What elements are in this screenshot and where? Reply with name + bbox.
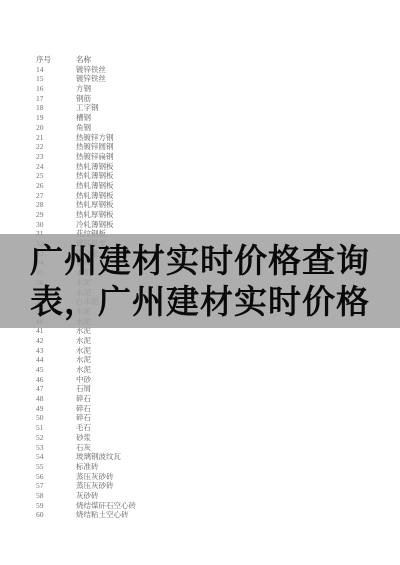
row-number: 23 (36, 152, 76, 162)
material-name: 镀锌铁丝 (76, 65, 196, 75)
row-number: 54 (36, 452, 76, 462)
table-row: 24热轧薄钢板 (36, 162, 196, 172)
material-name: 热轧薄钢板 (76, 181, 196, 191)
table-row: 60烧结粘土空心砖 (36, 510, 196, 520)
table-row: 22热镀锌圆钢 (36, 142, 196, 152)
material-name: 热轧薄钢板 (76, 171, 196, 181)
material-name: 标准砖 (76, 462, 196, 472)
material-name: 石灰 (76, 443, 196, 453)
material-name: 水泥 (76, 336, 196, 346)
material-name: 碎石 (76, 394, 196, 404)
row-number: 24 (36, 162, 76, 172)
row-number: 25 (36, 171, 76, 181)
row-number: 59 (36, 501, 76, 511)
table-row: 47石屑 (36, 384, 196, 394)
row-number: 17 (36, 94, 76, 104)
overlay-title: 广州建材实时价格查询 表，广州建材实时价格 (0, 234, 400, 328)
material-name: 碎石 (76, 404, 196, 414)
row-number: 16 (36, 84, 76, 94)
material-name: 石屑 (76, 384, 196, 394)
table-row: 54玻璃钢波纹瓦 (36, 452, 196, 462)
row-number: 46 (36, 375, 76, 385)
material-name: 热镀锌扁钢 (76, 152, 196, 162)
material-name: 方钢 (76, 84, 196, 94)
row-number: 18 (36, 103, 76, 113)
row-number: 45 (36, 365, 76, 375)
row-number: 19 (36, 113, 76, 123)
table-row: 25热轧薄钢板 (36, 171, 196, 181)
material-name: 工字钢 (76, 103, 196, 113)
table-row: 45水泥 (36, 365, 196, 375)
material-name: 水泥 (76, 346, 196, 356)
row-number: 27 (36, 191, 76, 201)
table-row: 56蒸压灰砂砖 (36, 472, 196, 482)
material-name: 热轧厚钢板 (76, 210, 196, 220)
material-name: 烧结粘土空心砖 (76, 510, 196, 520)
table-row: 18工字钢 (36, 103, 196, 113)
row-number: 30 (36, 220, 76, 230)
material-name: 热轧厚钢板 (76, 200, 196, 210)
table-row: 27热轧薄钢板 (36, 191, 196, 201)
material-name: 热轧薄钢板 (76, 191, 196, 201)
row-number: 22 (36, 142, 76, 152)
row-number: 55 (36, 462, 76, 472)
row-number: 21 (36, 133, 76, 143)
table-row: 59烧结煤矸石空心砖 (36, 501, 196, 511)
row-number: 26 (36, 181, 76, 191)
column-header-number: 序号 (36, 55, 76, 65)
row-number: 42 (36, 336, 76, 346)
row-number: 57 (36, 481, 76, 491)
table-row: 15镀锌铁丝 (36, 74, 196, 84)
row-number: 29 (36, 210, 76, 220)
material-name: 砂浆 (76, 433, 196, 443)
table-row: 20角钢 (36, 123, 196, 133)
table-row: 17钢筋 (36, 94, 196, 104)
table-row: 14镀锌铁丝 (36, 65, 196, 75)
row-number: 14 (36, 65, 76, 75)
material-name: 热轧薄钢板 (76, 162, 196, 172)
material-name: 水泥 (76, 365, 196, 375)
material-name: 槽钢 (76, 113, 196, 123)
table-row: 30冷轧薄钢板 (36, 220, 196, 230)
material-name: 水泥 (76, 355, 196, 365)
material-name: 钢筋 (76, 94, 196, 104)
table-row: 23热镀锌扁钢 (36, 152, 196, 162)
row-number: 58 (36, 491, 76, 501)
row-number: 49 (36, 404, 76, 414)
material-name: 镀锌铁丝 (76, 74, 196, 84)
table-row: 51毛石 (36, 423, 196, 433)
row-number: 60 (36, 510, 76, 520)
material-name: 热镀锌方钢 (76, 133, 196, 143)
row-number: 20 (36, 123, 76, 133)
table-row: 48碎石 (36, 394, 196, 404)
overlay-title-line-1: 广州建材实时价格查询 (30, 240, 370, 281)
material-name: 毛石 (76, 423, 196, 433)
table-row: 43水泥 (36, 346, 196, 356)
table-row: 50碎石 (36, 413, 196, 423)
table-header-row: 序号 名称 (36, 55, 196, 65)
table-row: 52砂浆 (36, 433, 196, 443)
material-name: 冷轧薄钢板 (76, 220, 196, 230)
material-name: 玻璃钢波纹瓦 (76, 452, 196, 462)
row-number: 52 (36, 433, 76, 443)
material-name: 角钢 (76, 123, 196, 133)
column-header-name: 名称 (76, 55, 196, 65)
table-row: 26热轧薄钢板 (36, 181, 196, 191)
table-row: 57蒸压灰砂砖 (36, 481, 196, 491)
row-number: 53 (36, 443, 76, 453)
row-number: 44 (36, 355, 76, 365)
material-name: 热镀锌圆钢 (76, 142, 196, 152)
table-row: 16方钢 (36, 84, 196, 94)
row-number: 56 (36, 472, 76, 482)
overlay-title-line-2: 表，广州建材实时价格 (30, 281, 370, 322)
material-name: 碎石 (76, 413, 196, 423)
material-name: 中砂 (76, 375, 196, 385)
table-row: 42水泥 (36, 336, 196, 346)
row-number: 15 (36, 74, 76, 84)
row-number: 43 (36, 346, 76, 356)
material-name: 灰砂砖 (76, 491, 196, 501)
material-name: 蒸压灰砂砖 (76, 472, 196, 482)
row-number: 50 (36, 413, 76, 423)
row-number: 47 (36, 384, 76, 394)
material-name: 烧结煤矸石空心砖 (76, 501, 196, 511)
table-row: 46中砂 (36, 375, 196, 385)
material-name: 蒸压灰砂砖 (76, 481, 196, 491)
table-row: 53石灰 (36, 443, 196, 453)
row-number: 28 (36, 200, 76, 210)
table-row: 44水泥 (36, 355, 196, 365)
table-row: 49碎石 (36, 404, 196, 414)
row-number: 51 (36, 423, 76, 433)
table-row: 58灰砂砖 (36, 491, 196, 501)
table-row: 19槽钢 (36, 113, 196, 123)
table-row: 55标准砖 (36, 462, 196, 472)
row-number: 48 (36, 394, 76, 404)
table-row: 28热轧厚钢板 (36, 200, 196, 210)
table-row: 29热轧厚钢板 (36, 210, 196, 220)
table-row: 21热镀锌方钢 (36, 133, 196, 143)
